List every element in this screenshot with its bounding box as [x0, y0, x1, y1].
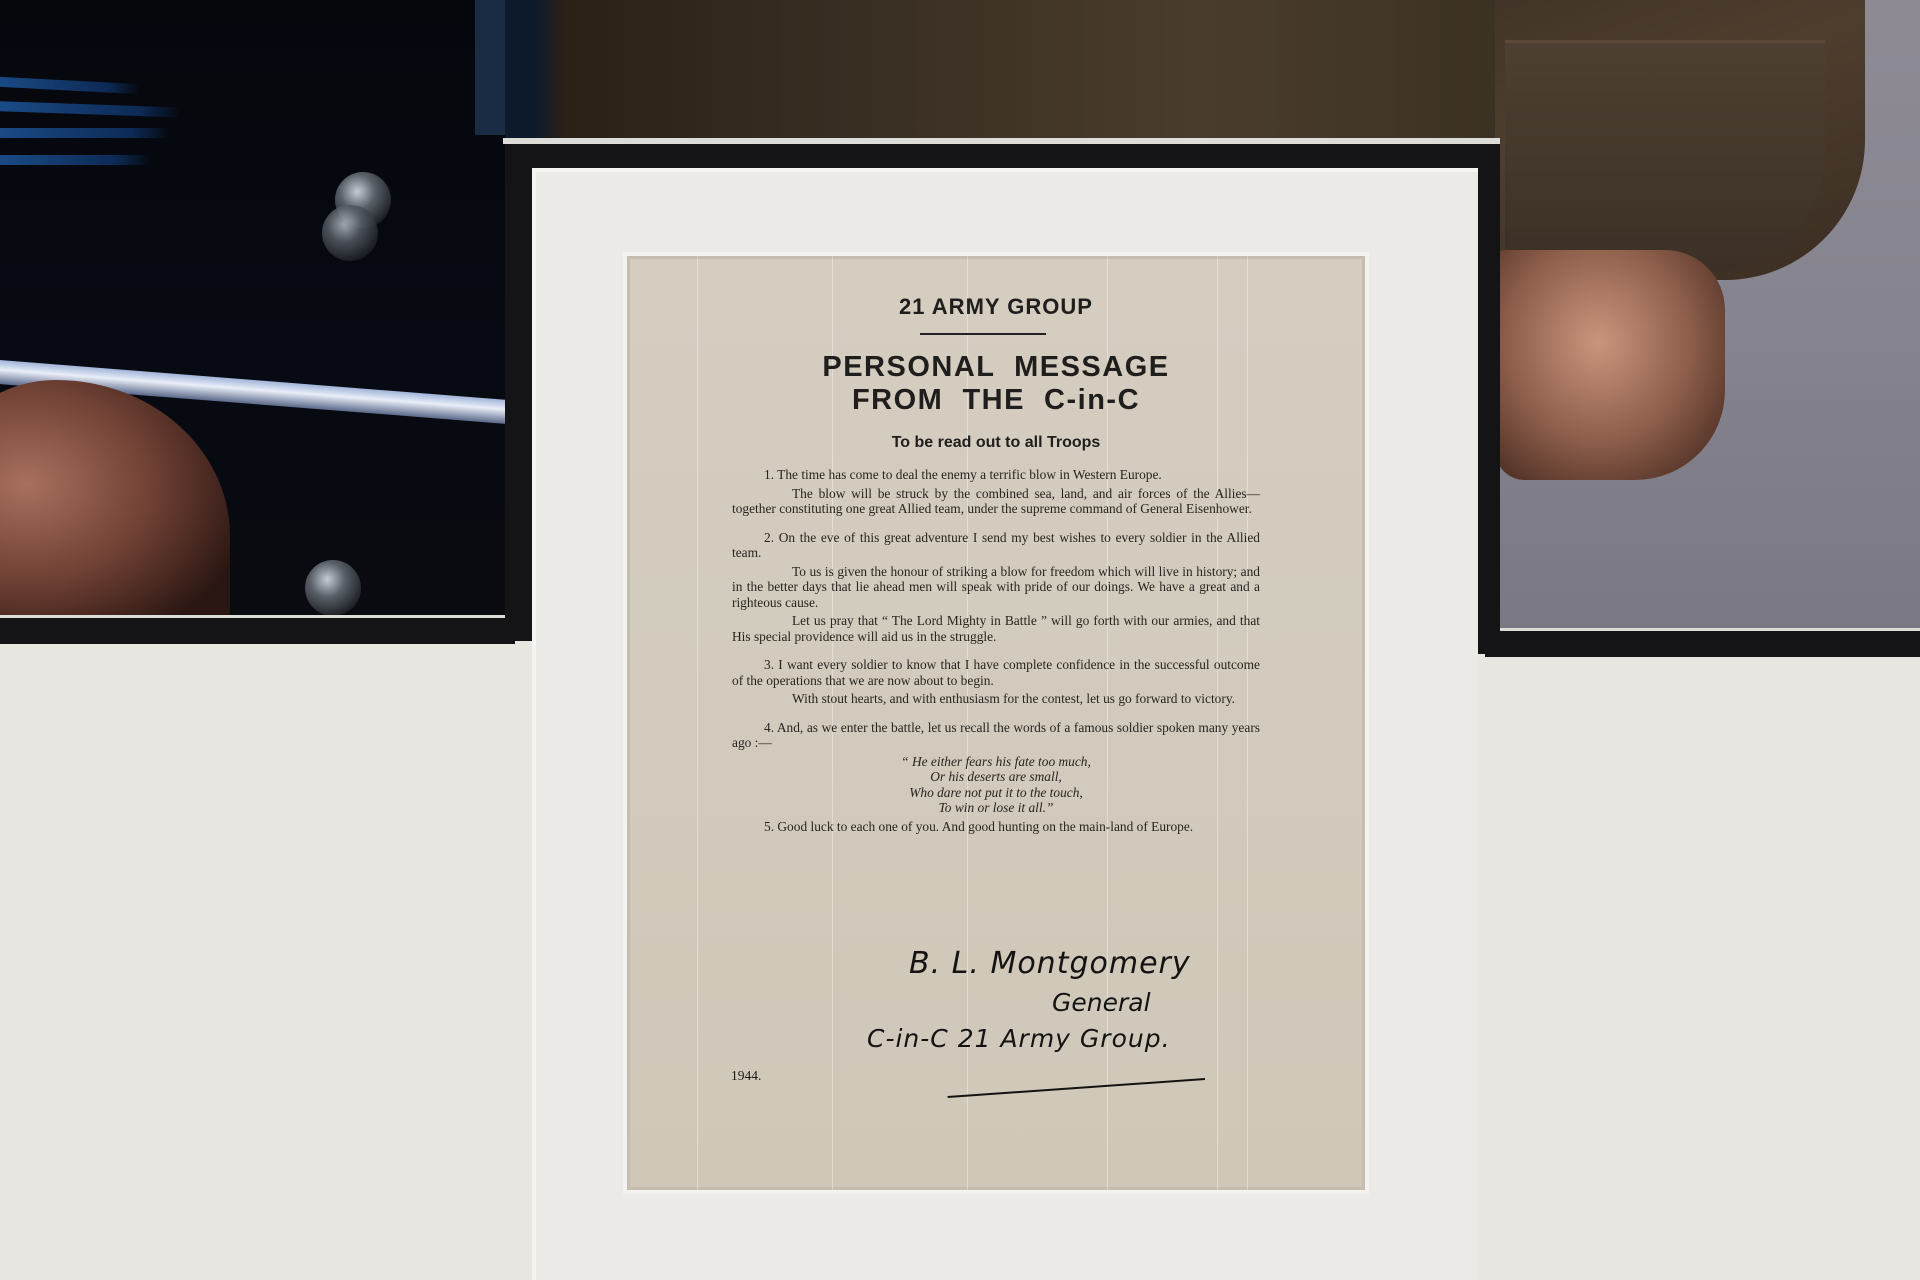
paragraph-2c: Let us pray that “ The Lord Mighty in Ba… — [732, 613, 1260, 644]
paragraph-3b: With stout hearts, and with enthusiasm f… — [732, 691, 1260, 707]
mat-border — [1485, 628, 1920, 657]
paragraph-3: 3. I want every soldier to know that I h… — [732, 657, 1260, 688]
organization-heading: 21 ARMY GROUP — [627, 294, 1365, 320]
uniform-button — [305, 560, 361, 615]
document-year: 1944. — [731, 1068, 761, 1084]
personal-message-document: 21 ARMY GROUP PERSONAL MESSAGE FROM THE … — [627, 256, 1365, 1190]
hand — [0, 380, 230, 615]
paragraph-5: 5. Good luck to each one of you. And goo… — [732, 819, 1260, 835]
paragraph-1b: The blow will be struck by the combined … — [732, 486, 1260, 517]
signature-underline — [948, 1078, 1206, 1098]
uniform-stripe — [0, 155, 150, 165]
document-subtitle: To be read out to all Troops — [627, 434, 1365, 452]
paragraph-1: 1. The time has come to deal the enemy a… — [732, 467, 1260, 483]
left-photograph — [0, 0, 505, 615]
blue-panel — [475, 0, 505, 135]
poem-line: Or his deserts are small, — [732, 769, 1260, 785]
frame-mat-left — [508, 144, 532, 641]
paragraph-4: 4. And, as we enter the battle, let us r… — [732, 720, 1260, 751]
poem-line: Who dare not put it to the touch, — [732, 785, 1260, 801]
handwritten-signature: B. L. Montgomery General C-in-C 21 Army … — [867, 946, 1267, 1106]
uniform-button — [322, 205, 378, 261]
poem-line: “ He either fears his fate too much, — [732, 754, 1260, 770]
signature-name: B. L. Montgomery — [909, 946, 1191, 981]
right-photograph — [1495, 0, 1920, 630]
center-photograph-strip — [505, 0, 1495, 140]
signature-title: C-in-C 21 Army Group. — [867, 1024, 1171, 1053]
heading-rule — [920, 333, 1046, 335]
mat-border — [0, 615, 515, 644]
signature-rank: General — [1052, 988, 1151, 1017]
hand — [1495, 250, 1725, 480]
document-body: 1. The time has come to deal the enemy a… — [732, 467, 1260, 834]
document-title-line1: PERSONAL MESSAGE — [627, 351, 1365, 384]
poem-line: To win or lose it all.” — [732, 800, 1260, 816]
uniform-stripe — [0, 128, 170, 138]
paragraph-2: 2. On the eve of this great adventure I … — [732, 530, 1260, 561]
sleeve-cuff — [1505, 40, 1825, 273]
paragraph-2b: To us is given the honour of striking a … — [732, 564, 1260, 611]
uniform-stripe — [0, 101, 180, 118]
document-title-line2: FROM THE C-in-C — [627, 384, 1365, 417]
poem-quote: “ He either fears his fate too much, Or … — [732, 754, 1260, 816]
uniform-stripe — [0, 76, 140, 94]
